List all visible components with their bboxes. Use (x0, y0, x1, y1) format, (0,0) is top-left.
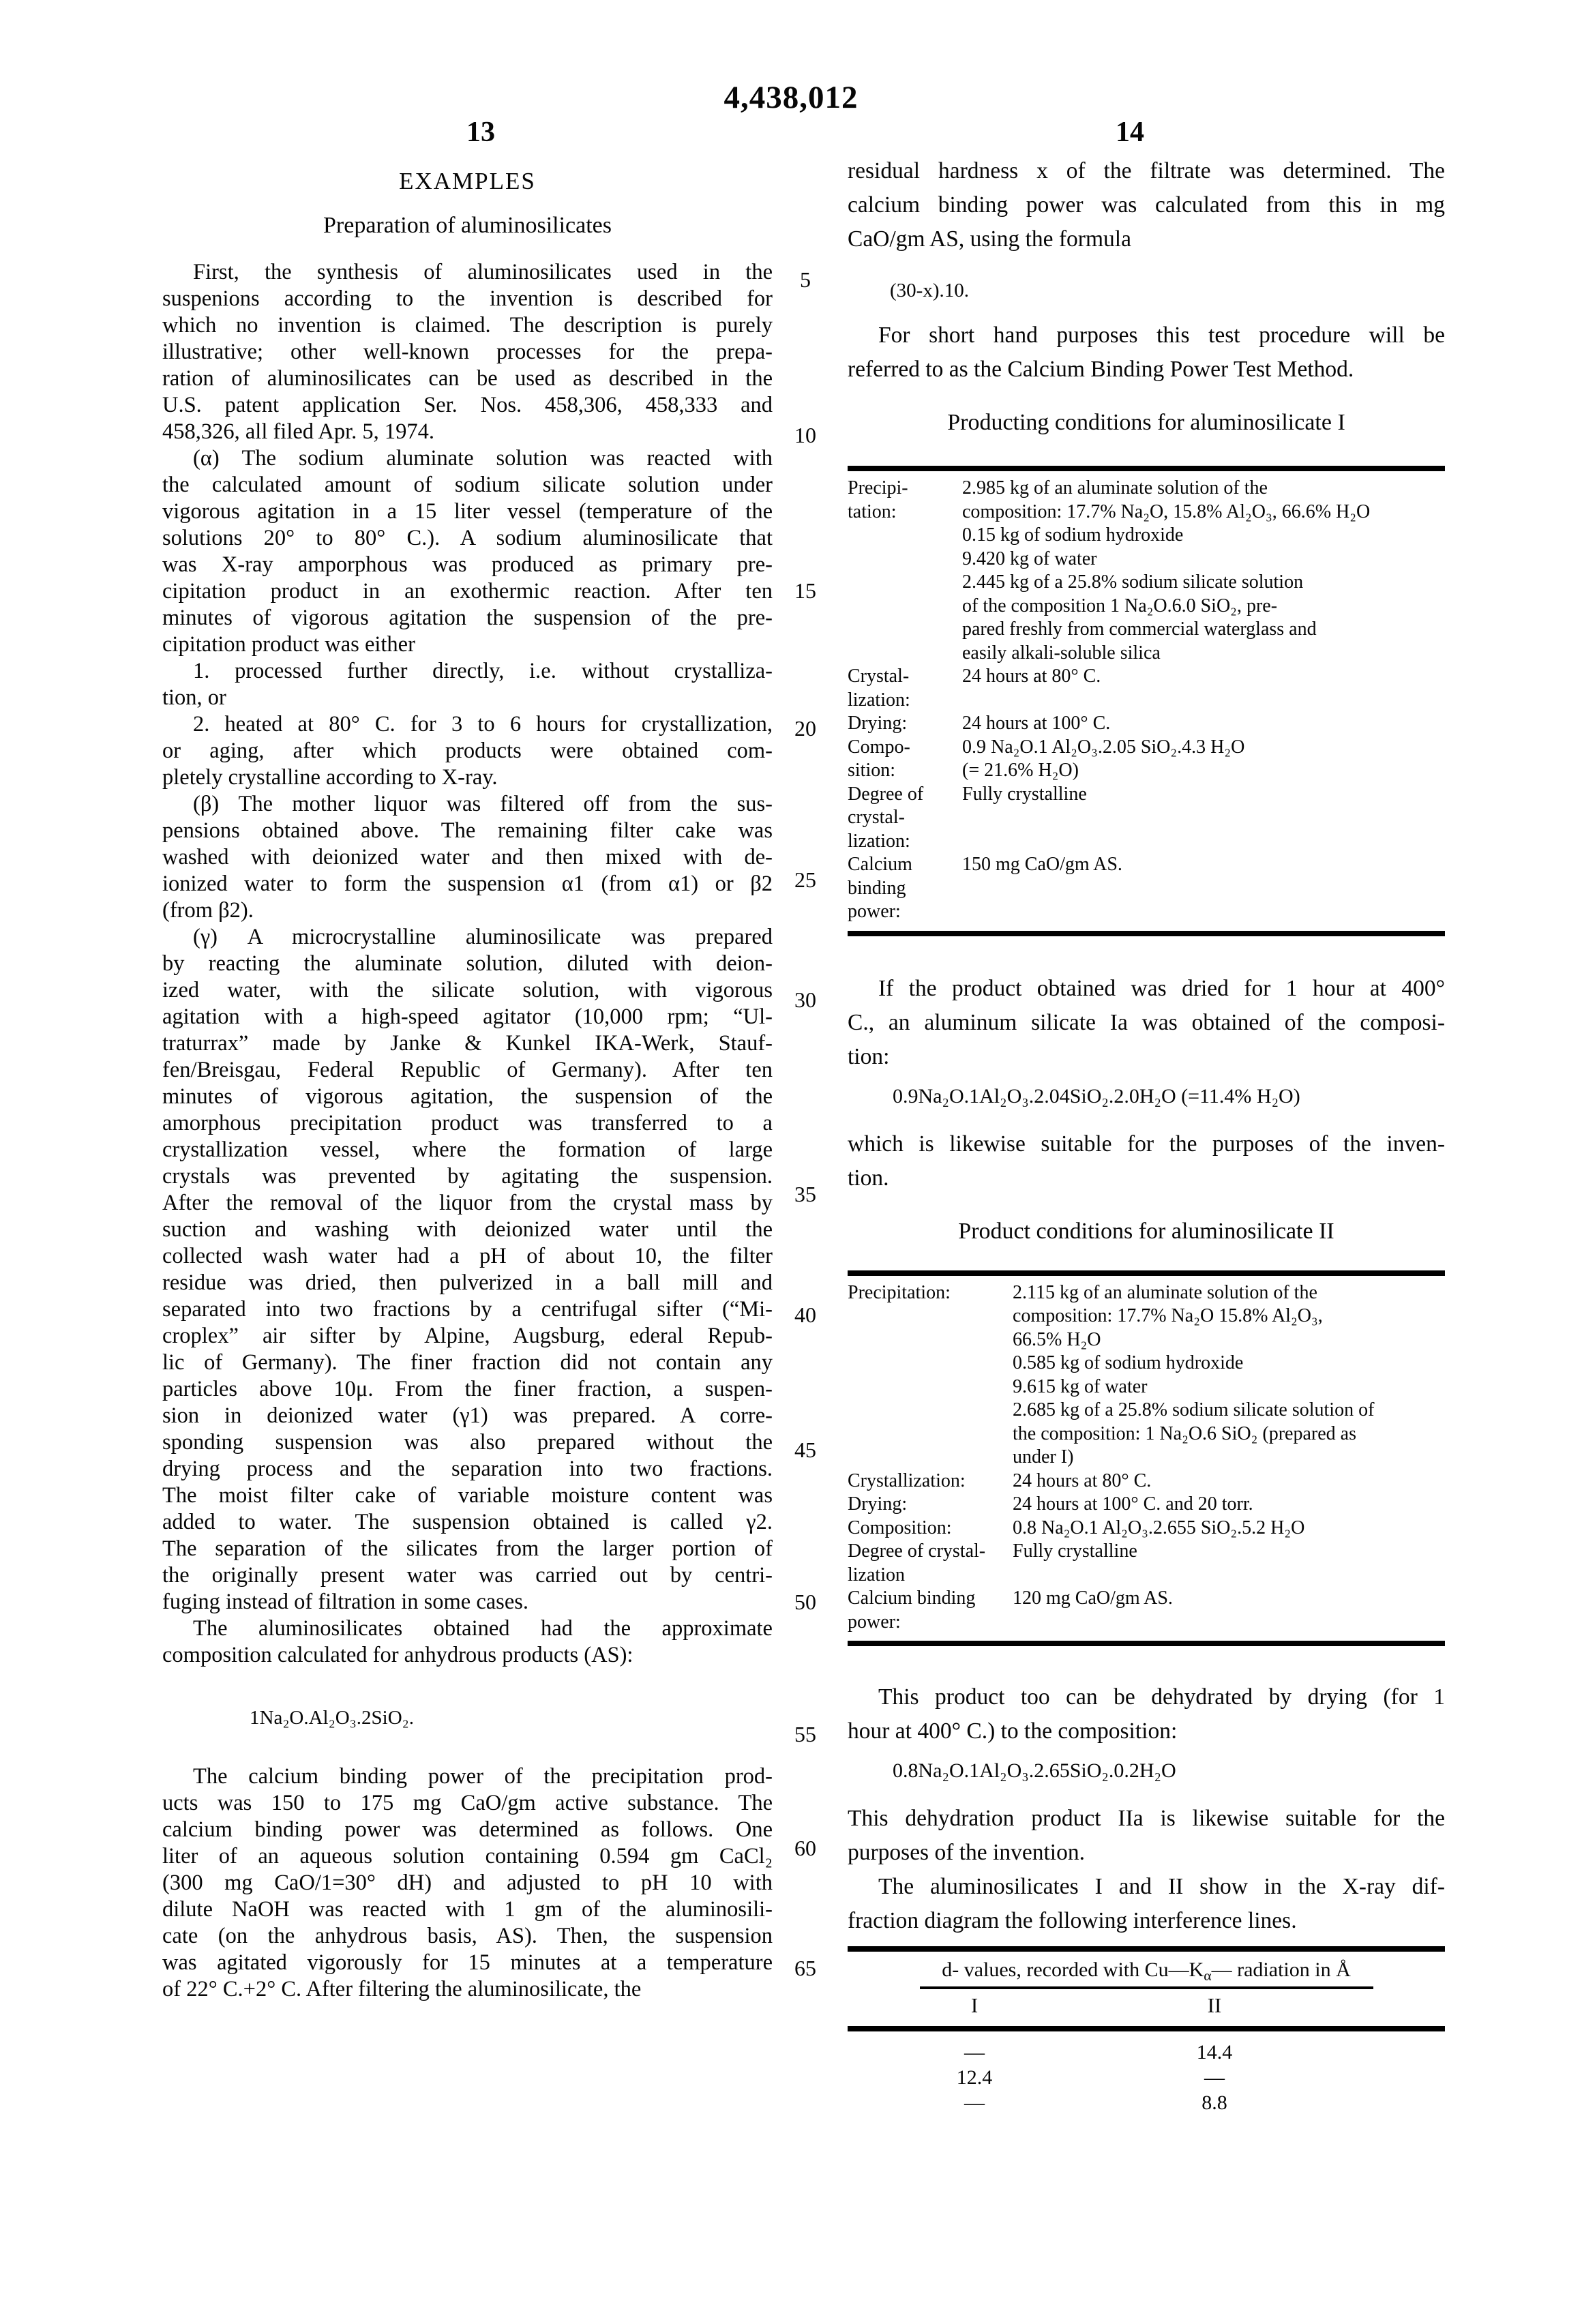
text-line: Compo- (848, 736, 962, 760)
text-line: 66.5% H₂O (1013, 1328, 1445, 1352)
text-line: This product too can be dehydrated by dr… (848, 1680, 1445, 1714)
text-line: traturrax” made by Janke & Kunkel IKA-We… (162, 1030, 773, 1057)
row-label: Precipi-tation: (848, 477, 962, 665)
text-line: sion in deionized water (γ1) was prepare… (162, 1403, 773, 1429)
paragraph: The calcium binding power of the precipi… (162, 1763, 773, 2003)
text-line: ration of aluminosilicates can be used a… (162, 366, 773, 392)
dvalue-cell: 12.4 (934, 2066, 1015, 2089)
table-rule-top (848, 1946, 1445, 1952)
line-number: 25 (775, 867, 836, 893)
paragraph: This dehydration product IIa is likewise… (848, 1802, 1445, 1870)
text-line: crystal- (848, 806, 962, 830)
header-underline (920, 1986, 1373, 1989)
right-column: residual hardness x of the filtrate was … (848, 154, 1445, 2117)
text-line: crystallization vessel, where the format… (162, 1137, 773, 1163)
table-row: Calciumbindingpower:150 mg CaO/gm AS. (848, 853, 1445, 924)
dvalues-header-suffix: — radiation in Å (1212, 1958, 1351, 1981)
text-line: was X-ray amporphous was produced as pri… (162, 552, 773, 578)
text-line: purposes of the invention. (848, 1836, 1445, 1870)
text-line: of 22° C.+2° C. After filtering the alum… (162, 1976, 773, 2003)
examples-heading: EXAMPLES (162, 168, 773, 195)
text-line: collected wash water had a pH of about 1… (162, 1243, 773, 1270)
text-line: composition calculated for anhydrous pro… (162, 1642, 773, 1669)
text-line: pensions obtained above. The remaining f… (162, 818, 773, 844)
line-number: 30 (775, 987, 836, 1013)
text-line: composition: 17.7% Na₂O, 15.8% Al₂O₃, 66… (962, 501, 1445, 524)
text-line: 24 hours at 100° C. and 20 torr. (1013, 1493, 1445, 1517)
table-row: Crystal-lization:24 hours at 80° C. (848, 665, 1445, 712)
paragraph: residual hardness x of the filtrate was … (848, 154, 1445, 256)
page-number-left: 13 (450, 116, 511, 149)
table-row: Degree of crystal-lizationFully crystall… (848, 1540, 1445, 1587)
text-line: suspenions according to the invention is… (162, 286, 773, 312)
row-value: 0.9 Na₂O.1 Al₂O₃.2.05 SiO₂.4.3 H₂O(= 21.… (962, 736, 1445, 783)
paragraph: For short hand purposes this test proced… (848, 318, 1445, 387)
text-line: calcium binding power was calculated fro… (848, 188, 1445, 222)
text-line: cipitation product in an exothermic reac… (162, 578, 773, 605)
text-line: CaO/gm AS, using the formula (848, 222, 1445, 256)
paragraph: If the product obtained was dried for 1 … (848, 972, 1445, 1074)
text-line: dilute NaOH was reacted with 1 gm of the… (162, 1896, 773, 1923)
text-line: 9.420 kg of water (962, 548, 1445, 571)
left-column: EXAMPLES Preparation of aluminosilicates… (162, 168, 773, 2003)
text-line: 2. heated at 80° C. for 3 to 6 hours for… (162, 711, 773, 738)
text-line: Degree of (848, 783, 962, 807)
paragraph: 2. heated at 80° C. for 3 to 6 hours for… (162, 711, 773, 791)
text-line: was agitated vigorously for 15 minutes a… (162, 1950, 773, 1976)
text-line: which is likewise suitable for the purpo… (848, 1127, 1445, 1161)
text-line: composition: 17.7% Na₂O 15.8% Al₂O₃, (1013, 1305, 1445, 1328)
row-value: 0.8 Na₂O.1 Al₂O₃.2.655 SiO₂.5.2 H₂O (1013, 1517, 1445, 1540)
line-number: 45 (775, 1437, 836, 1463)
text-line: croplex” air sifter by Alpine, Augsburg,… (162, 1323, 773, 1350)
text-line: the composition: 1 Na₂O.6 SiO₂ (prepared… (1013, 1422, 1445, 1446)
text-line: fraction diagram the following interfere… (848, 1904, 1445, 1938)
text-line: lization: (848, 689, 962, 713)
table-row: Precipitation:2.115 kg of an aluminate s… (848, 1281, 1445, 1470)
text-line: 120 mg CaO/gm AS. (1013, 1587, 1445, 1611)
dvalues-header-prefix: d- values, recorded with Cu—K (942, 1958, 1204, 1981)
text-line: ionized water to form the suspension α1 … (162, 871, 773, 897)
text-line: drying process and the separation into t… (162, 1456, 773, 1483)
text-line: (γ) A microcrystalline aluminosilicate w… (162, 924, 773, 951)
row-value: Fully crystalline (1013, 1540, 1445, 1587)
column-headers-row: I II (848, 1993, 1445, 2026)
text-line: After the removal of the liquor from the… (162, 1190, 773, 1217)
table-row: Composition:0.8 Na₂O.1 Al₂O₃.2.655 SiO₂.… (848, 1517, 1445, 1540)
text-line: residual hardness x of the filtrate was … (848, 154, 1445, 188)
text-line: tion. (848, 1161, 1445, 1195)
text-line: 2.685 kg of a 25.8% sodium silicate solu… (1013, 1399, 1445, 1422)
text-line: washed with deionized water and then mix… (162, 844, 773, 871)
paragraph: (β) The mother liquor was filtered off f… (162, 791, 773, 924)
line-number: 15 (775, 578, 836, 604)
dvalue-cell: — (1174, 2066, 1255, 2089)
text-line: C., an aluminum silicate Ia was obtained… (848, 1006, 1445, 1040)
row-value: 24 hours at 80° C. (1013, 1470, 1445, 1493)
row-label: Degree ofcrystal-lization: (848, 783, 962, 854)
text-line: calcium binding power was determined as … (162, 1817, 773, 1843)
text-line: binding (848, 877, 962, 901)
dvalue-cell: 8.8 (1174, 2091, 1255, 2115)
paragraph: (α) The sodium aluminate solution was re… (162, 445, 773, 658)
text-line: tation: (848, 501, 962, 524)
table-row: Compo-sition:0.9 Na₂O.1 Al₂O₃.2.05 SiO₂.… (848, 736, 1445, 783)
text-line: pared freshly from commercial waterglass… (962, 618, 1445, 642)
text-line: Crystal- (848, 665, 962, 689)
text-line: (from β2). (162, 897, 773, 924)
line-number: 50 (775, 1590, 836, 1615)
text-line: easily alkali-soluble silica (962, 642, 1445, 666)
text-line: U.S. patent application Ser. Nos. 458,30… (162, 392, 773, 419)
text-line: The aluminosilicates obtained had the ap… (162, 1615, 773, 1642)
table-rule-mid (848, 2026, 1445, 2031)
text-line: power: (848, 1611, 1013, 1635)
text-line: 0.8 Na₂O.1 Al₂O₃.2.655 SiO₂.5.2 H₂O (1013, 1517, 1445, 1540)
text-line: lization (848, 1564, 1013, 1588)
dvalue-cell: — (934, 2041, 1015, 2064)
row-value: 120 mg CaO/gm AS. (1013, 1587, 1445, 1634)
text-line: the originally present water was carried… (162, 1562, 773, 1589)
text-line: fen/Breisgau, Federal Republic of German… (162, 1057, 773, 1084)
row-value: 24 hours at 100° C. and 20 torr. (1013, 1493, 1445, 1517)
text-line: hour at 400° C.) to the composition: (848, 1714, 1445, 1748)
text-line: fuging instead of filtration in some cas… (162, 1589, 773, 1615)
line-number: 65 (775, 1956, 836, 1981)
text-line: pletely crystalline according to X-ray. (162, 764, 773, 791)
row-value: Fully crystalline (962, 783, 1445, 854)
text-line: the calculated amount of sodium silicate… (162, 472, 773, 498)
dvalues-header: d- values, recorded with Cu—Kα— radiatio… (848, 1958, 1445, 1984)
text-line: minutes of vigorous agitation the suspen… (162, 605, 773, 631)
chemical-formula: (30-x).10. (890, 280, 1445, 302)
text-line: Precipitation: (848, 1281, 1013, 1305)
text-line: 0.9 Na₂O.1 Al₂O₃.2.05 SiO₂.4.3 H₂O (962, 736, 1445, 760)
row-label: Composition: (848, 1517, 1013, 1540)
text-line: 9.615 kg of water (1013, 1375, 1445, 1399)
text-line: Crystallization: (848, 1470, 1013, 1493)
text-line: Precipi- (848, 477, 962, 501)
chemical-formula: 0.9Na₂O.1Al₂O₃.2.04SiO₂.2.0H₂O (=11.4% H… (893, 1085, 1445, 1108)
table-row: 12.4 — (848, 2066, 1445, 2091)
text-line: Degree of crystal- (848, 1540, 1013, 1564)
text-line: ucts was 150 to 175 mg CaO/gm active sub… (162, 1790, 773, 1817)
text-line: sponding suspension was also prepared wi… (162, 1429, 773, 1456)
row-label: Crystal-lization: (848, 665, 962, 712)
line-number: 20 (775, 716, 836, 741)
text-line: First, the synthesis of aluminosilicates… (162, 259, 773, 286)
row-value: 2.115 kg of an aluminate solution of the… (1013, 1281, 1445, 1470)
text-line: referred to as the Calcium Binding Power… (848, 353, 1445, 387)
dvalues-rows: — 14.4 12.4 — — 8.8 (848, 2041, 1445, 2117)
text-line: agitation with a high-speed agitator (10… (162, 1004, 773, 1030)
text-line: Fully crystalline (962, 783, 1445, 807)
text-line: 24 hours at 80° C. (962, 665, 1445, 689)
text-line: 458,326, all filed Apr. 5, 1974. (162, 419, 773, 445)
text-line: (β) The mother liquor was filtered off f… (162, 791, 773, 818)
line-number: 60 (775, 1836, 836, 1861)
text-line: power: (848, 900, 962, 924)
text-line: separated into two fractions by a centri… (162, 1296, 773, 1323)
text-line: Drying: (848, 1493, 1013, 1517)
paragraph: The aluminosilicates obtained had the ap… (162, 1615, 773, 1669)
row-label: Compo-sition: (848, 736, 962, 783)
text-line: ized water, with the silicate solution, … (162, 977, 773, 1004)
xray-dvalues-table: d- values, recorded with Cu—Kα— radiatio… (848, 1946, 1445, 2117)
row-value: 2.985 kg of an aluminate solution of the… (962, 477, 1445, 665)
paragraph: 1. processed further directly, i.e. with… (162, 658, 773, 711)
text-line: under I) (1013, 1446, 1445, 1470)
text-line: This dehydration product IIa is likewise… (848, 1802, 1445, 1836)
text-line: For short hand purposes this test proced… (848, 318, 1445, 353)
text-line: cipitation product was either (162, 631, 773, 658)
text-line: tion: (848, 1040, 1445, 1074)
row-label: Crystallization: (848, 1470, 1013, 1493)
text-line: which no invention is claimed. The descr… (162, 312, 773, 339)
text-line: 2.115 kg of an aluminate solution of the (1013, 1281, 1445, 1305)
text-line: The aluminosilicates I and II show in th… (848, 1870, 1445, 1904)
text-line: 24 hours at 80° C. (1013, 1470, 1445, 1493)
section-heading: Product conditions for aluminosilicate I… (848, 1219, 1445, 1245)
aluminosilicate-2-conditions-table: Precipitation:2.115 kg of an aluminate s… (848, 1270, 1445, 1647)
line-number: 55 (775, 1722, 836, 1747)
text-line: Drying: (848, 712, 962, 736)
paragraph: (γ) A microcrystalline aluminosilicate w… (162, 924, 773, 1615)
section-heading: Producting conditions for aluminosilicat… (848, 410, 1445, 436)
paragraph: The aluminosilicates I and II show in th… (848, 1870, 1445, 1938)
row-label: Precipitation: (848, 1281, 1013, 1470)
text-line: particles above 10μ. From the finer frac… (162, 1376, 773, 1403)
dvalue-cell: 14.4 (1174, 2041, 1255, 2064)
text-line: liter of an aqueous solution containing … (162, 1843, 773, 1870)
text-line: The calcium binding power of the precipi… (162, 1763, 773, 1790)
text-line: illustrative; other well-known processes… (162, 339, 773, 366)
chemical-formula: 0.8Na₂O.1Al₂O₃.2.65SiO₂.0.2H₂O (893, 1759, 1445, 1783)
text-line: If the product obtained was dried for 1 … (848, 972, 1445, 1006)
paragraph: This product too can be dehydrated by dr… (848, 1680, 1445, 1748)
preparation-subheading: Preparation of aluminosilicates (162, 213, 773, 239)
row-label: Drying: (848, 712, 962, 736)
text-line: residue was dried, then pulverized in a … (162, 1270, 773, 1296)
text-line: of the composition 1 Na₂O.6.0 SiO₂, pre- (962, 595, 1445, 619)
text-line: minutes of vigorous agitation, the suspe… (162, 1084, 773, 1110)
text-line: 24 hours at 100° C. (962, 712, 1445, 736)
patent-page: 4,438,012 13 14 510152025303540455055606… (0, 0, 1582, 2324)
text-line: solutions 20° to 80° C.). A sodium alumi… (162, 525, 773, 552)
line-number: 35 (775, 1182, 836, 1207)
text-line: or aging, after which products were obta… (162, 738, 773, 764)
table-row: Calcium bindingpower:120 mg CaO/gm AS. (848, 1587, 1445, 1634)
text-line: vigorous agitation in a 15 liter vessel … (162, 498, 773, 525)
table-row: — 8.8 (848, 2091, 1445, 2117)
table-row: Drying:24 hours at 100° C. (848, 712, 1445, 736)
left-column-body: First, the synthesis of aluminosilicates… (162, 259, 773, 2003)
text-line: sition: (848, 759, 962, 783)
text-line: crystals was prevented by agitating the … (162, 1163, 773, 1190)
text-line: (= 21.6% H₂O) (962, 759, 1445, 783)
alpha-subscript: α (1204, 1967, 1211, 1984)
text-line: lization: (848, 830, 962, 854)
text-line: The separation of the silicates from the… (162, 1536, 773, 1562)
text-line: by reacting the aluminate solution, dilu… (162, 951, 773, 977)
page-number-right: 14 (1099, 116, 1161, 149)
row-value: 24 hours at 100° C. (962, 712, 1445, 736)
table-row: Degree ofcrystal-lization:Fully crystall… (848, 783, 1445, 854)
text-line: (α) The sodium aluminate solution was re… (162, 445, 773, 472)
text-line: Composition: (848, 1517, 1013, 1540)
row-label: Calciumbindingpower: (848, 853, 962, 924)
text-line: added to water. The suspension obtained … (162, 1509, 773, 1536)
paragraph: which is likewise suitable for the purpo… (848, 1127, 1445, 1195)
dvalue-cell: — (934, 2091, 1015, 2115)
text-line: cate (on the anhydrous basis, AS). Then,… (162, 1923, 773, 1950)
row-label: Drying: (848, 1493, 1013, 1517)
text-line: tion, or (162, 685, 773, 711)
text-line: The moist filter cake of variable moistu… (162, 1483, 773, 1509)
line-number: 10 (775, 423, 836, 448)
table-row: — 14.4 (848, 2041, 1445, 2066)
row-label: Calcium bindingpower: (848, 1587, 1013, 1634)
table-row: Precipi-tation:2.985 kg of an aluminate … (848, 477, 1445, 665)
text-line: Fully crystalline (1013, 1540, 1445, 1564)
row-label: Degree of crystal-lization (848, 1540, 1013, 1587)
chemical-formula: 1Na₂O.Al₂O₃.2SiO₂. (250, 1707, 773, 1729)
text-line: amorphous precipitation product was tran… (162, 1110, 773, 1137)
right-column-body: residual hardness x of the filtrate was … (848, 154, 1445, 1938)
text-line: 1. processed further directly, i.e. with… (162, 658, 773, 685)
text-line: (300 mg CaO/1=30° dH) and adjusted to pH… (162, 1870, 773, 1896)
paragraph: First, the synthesis of aluminosilicates… (162, 259, 773, 445)
column-header-II: II (1174, 1993, 1255, 2018)
line-number: 40 (775, 1302, 836, 1328)
text-line: 0.15 kg of sodium hydroxide (962, 524, 1445, 548)
text-line: Calcium binding (848, 1587, 1013, 1611)
patent-number: 4,438,012 (0, 79, 1582, 116)
text-line: suction and washing with deionized water… (162, 1217, 773, 1243)
row-value: 24 hours at 80° C. (962, 665, 1445, 712)
column-header-I: I (934, 1993, 1015, 2018)
table-row: Drying:24 hours at 100° C. and 20 torr. (848, 1493, 1445, 1517)
table-row: Crystallization:24 hours at 80° C. (848, 1470, 1445, 1493)
text-line: 150 mg CaO/gm AS. (962, 853, 1445, 877)
aluminosilicate-1-conditions-table: Precipi-tation:2.985 kg of an aluminate … (848, 466, 1445, 936)
text-line: Calcium (848, 853, 962, 877)
text-line: 2.445 kg of a 25.8% sodium silicate solu… (962, 571, 1445, 595)
line-number: 5 (775, 267, 836, 293)
row-value: 150 mg CaO/gm AS. (962, 853, 1445, 924)
text-line: lic of Germany). The finer fraction did … (162, 1350, 773, 1376)
text-line: 2.985 kg of an aluminate solution of the (962, 477, 1445, 501)
text-line: 0.585 kg of sodium hydroxide (1013, 1352, 1445, 1375)
